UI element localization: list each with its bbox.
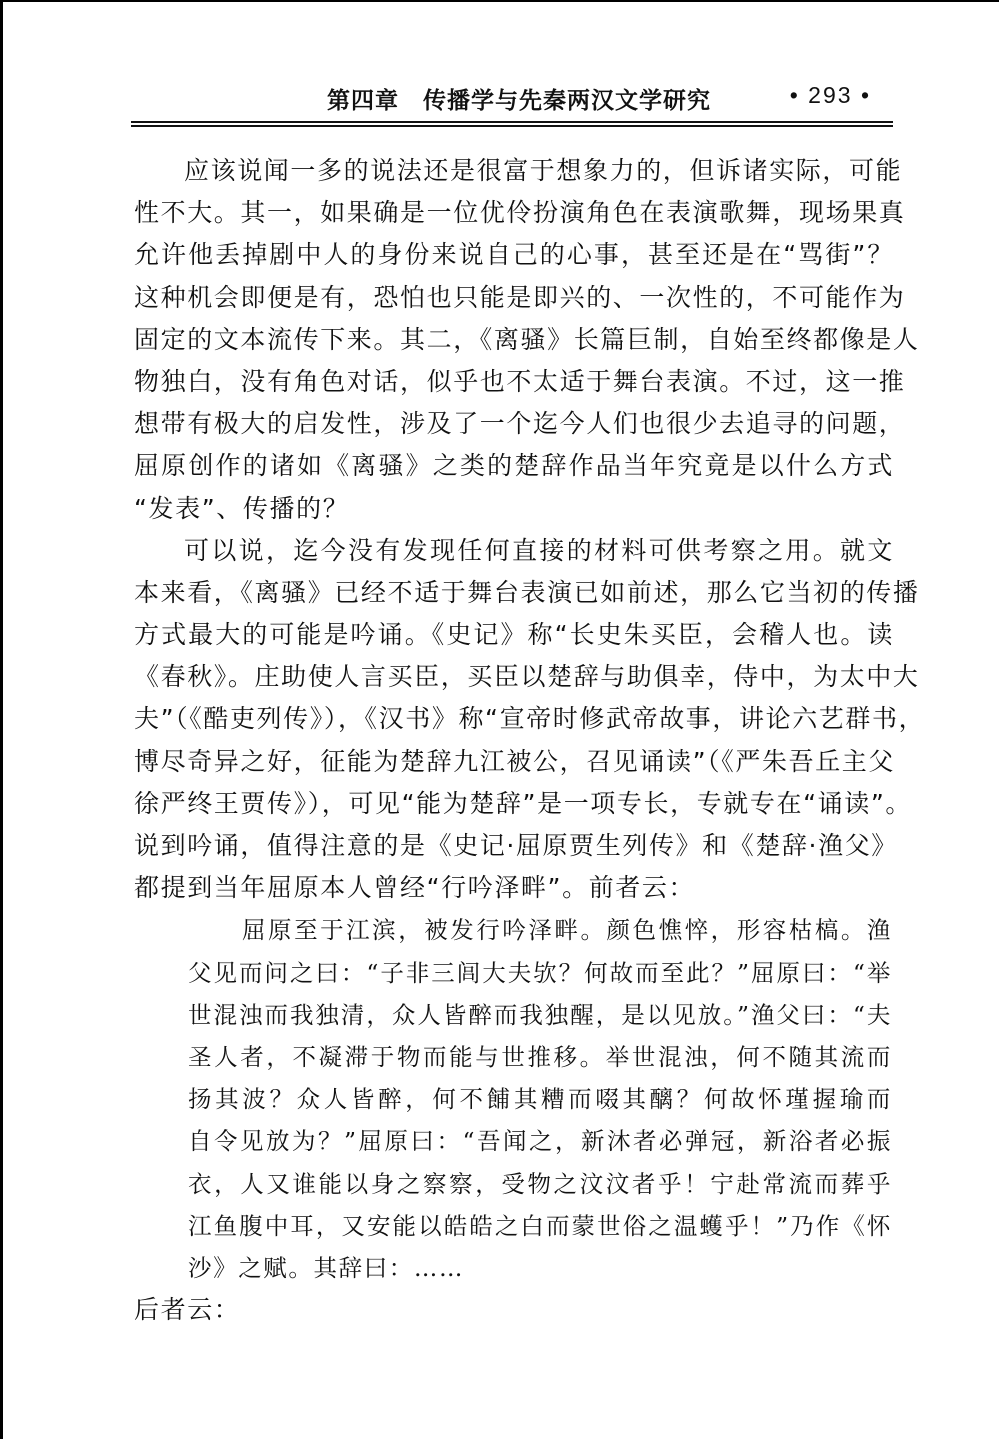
text-line: 都提到当年屈原本人曾经“行吟泽畔”。前者云：	[134, 867, 894, 909]
page-body: 应该说闻一多的说法还是很富于想象力的，但诉诸实际，可能 性不大。其一，如果确是一…	[134, 150, 894, 1331]
text-line: 《春秋》。庄助使人言买臣，买臣以楚辞与助俱幸，侍中，为太中大	[134, 656, 894, 698]
text-line: 屈原创作的诸如《离骚》之类的楚辞作品当年究竟是以什么方式	[134, 445, 894, 487]
text-line: 说到吟诵，值得注意的是《史记·屈原贾生列传》和《楚辞·渔父》	[134, 825, 894, 867]
block-quote: 屈原至于江滨，被发行吟泽畔。颜色憔悴，形容枯槁。渔 父见而问之曰：“子非三闾大夫…	[134, 909, 894, 1289]
text-line: 允许他丢掉剧中人的身份来说自己的心事，甚至还是在“骂街”？	[134, 234, 894, 276]
quote-line: 父见而问之曰：“子非三闾大夫欤？何故而至此？”屈原曰：“举	[134, 952, 892, 994]
quote-line: 世混浊而我独清，众人皆醉而我独醒，是以见放。”渔父曰：“夫	[134, 994, 892, 1036]
text-line: 夫”（《酷吏列传》），《汉书》称“宣帝时修武帝故事，讲论六艺群书，	[134, 698, 894, 740]
quote-line: 屈原至于江滨，被发行吟泽畔。颜色憔悴，形容枯槁。渔	[134, 909, 892, 951]
paragraph-1: 应该说闻一多的说法还是很富于想象力的，但诉诸实际，可能 性不大。其一，如果确是一…	[134, 150, 894, 530]
running-head: 第四章 传播学与先秦两汉文学研究 • 293 •	[131, 82, 893, 118]
header-rule-thick	[131, 121, 893, 123]
text-line: 这种机会即便是有，恐怕也只能是即兴的、一次性的，不可能作为	[134, 277, 894, 319]
text-line: 博尽奇异之好，征能为楚辞九江被公，召见诵读”（《严朱吾丘主父	[134, 741, 894, 783]
paragraph-3: 后者云：	[134, 1289, 894, 1331]
paragraph-2: 可以说，迄今没有发现任何直接的材料可供考察之用。就文 本来看，《离骚》已经不适于…	[134, 530, 894, 910]
text-line: 本来看，《离骚》已经不适于舞台表演已如前述，那么它当初的传播	[134, 572, 894, 614]
text-line: 应该说闻一多的说法还是很富于想象力的，但诉诸实际，可能	[134, 150, 894, 192]
header-rule-thin	[131, 125, 893, 127]
quote-line: 沙》之赋。其辞曰：……	[134, 1247, 892, 1289]
chapter-title: 第四章 传播学与先秦两汉文学研究	[327, 82, 711, 115]
quote-line: 扬其波？众人皆醉，何不餔其糟而啜其醨？何故怀瑾握瑜而	[134, 1078, 892, 1120]
text-line: 物独白，没有角色对话，似乎也不太适于舞台表演。不过，这一推	[134, 361, 894, 403]
text-line: 性不大。其一，如果确是一位优伶扮演角色在表演歌舞，现场果真	[134, 192, 894, 234]
text-line: 固定的文本流传下来。其二，《离骚》长篇巨制，自始至终都像是人	[134, 319, 894, 361]
page-number: • 293 •	[790, 82, 871, 109]
text-line: 方式最大的可能是吟诵。《史记》称“长史朱买臣，会稽人也。读	[134, 614, 894, 656]
book-page: 第四章 传播学与先秦两汉文学研究 • 293 • 应该说闻一多的说法还是很富于想…	[0, 0, 999, 1439]
text-line: “发表”、传播的？	[134, 488, 894, 530]
text-line: 后者云：	[134, 1289, 894, 1331]
text-line: 可以说，迄今没有发现任何直接的材料可供考察之用。就文	[134, 530, 894, 572]
quote-line: 圣人者，不凝滞于物而能与世推移。举世混浊，何不随其流而	[134, 1036, 892, 1078]
quote-line: 衣，人又谁能以身之察察，受物之汶汶者乎！宁赴常流而葬乎	[134, 1163, 892, 1205]
text-line: 徐严终王贾传》），可见“能为楚辞”是一项专长，专就专在“诵读”。	[134, 783, 894, 825]
text-line: 想带有极大的启发性，涉及了一个迄今人们也很少去追寻的问题，	[134, 403, 894, 445]
quote-line: 自令见放为？”屈原曰：“吾闻之，新沐者必弹冠，新浴者必振	[134, 1120, 892, 1162]
quote-line: 江鱼腹中耳，又安能以皓皓之白而蒙世俗之温蠖乎！”乃作《怀	[134, 1205, 892, 1247]
